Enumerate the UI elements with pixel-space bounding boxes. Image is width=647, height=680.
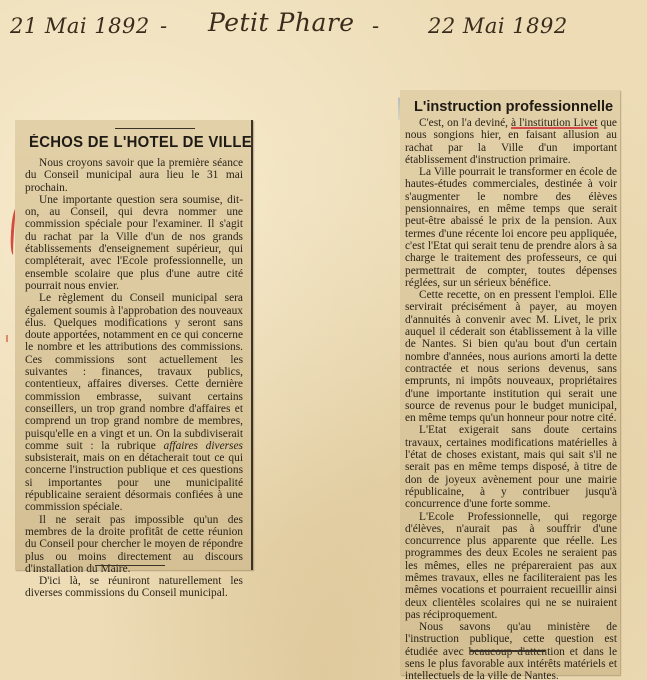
paragraph: L'Etat exigerait sans doute certains tra… <box>405 424 617 510</box>
date-left: 21 Mai 1892 <box>10 14 150 38</box>
paragraph: Cette recette, on en pressent l'emploi. … <box>405 289 617 424</box>
article-body: C'est, on l'a deviné, à l'institution Li… <box>405 117 617 680</box>
newspaper-title: Petit Phare <box>208 8 355 37</box>
clipping-headline: L'instruction professionnelle <box>414 98 613 115</box>
paragraph: Le règlement du Conseil municipal sera é… <box>25 292 243 513</box>
separator: - <box>372 14 380 38</box>
red-pencil-tick <box>6 335 8 342</box>
paragraph: D'ici là, se réuniront naturellement les… <box>25 575 243 600</box>
top-rule <box>115 128 195 129</box>
date-right: 22 Mai 1892 <box>428 14 568 38</box>
paragraph: L'Ecole Professionnelle, qui regorge d'é… <box>405 511 617 622</box>
italic-phrase: affaires diverses <box>164 440 243 452</box>
red-underlined-phrase: à l'institution Livet <box>511 117 598 129</box>
clipping-left: ÉCHOS DE L'HOTEL DE VILLE Nous croyons s… <box>15 120 253 570</box>
end-rule <box>95 565 165 566</box>
paragraph: Une importante question sera soumise, di… <box>25 194 243 292</box>
paragraph: C'est, on l'a deviné, à l'institution Li… <box>405 117 617 166</box>
handwritten-header: 21 Mai 1892 - Petit Phare - 22 Mai 1892 <box>0 0 647 60</box>
separator: - <box>160 14 168 38</box>
paragraph: Nous croyons savoir que la première séan… <box>25 157 243 194</box>
end-rule <box>470 650 545 652</box>
clipping-right: L'instruction professionnelle C'est, on … <box>400 90 620 675</box>
clipping-headline: ÉCHOS DE L'HOTEL DE VILLE <box>29 134 252 152</box>
paragraph: La Ville pourrait le transformer en écol… <box>405 166 617 289</box>
article-body: Nous croyons savoir que la première séan… <box>25 157 243 600</box>
